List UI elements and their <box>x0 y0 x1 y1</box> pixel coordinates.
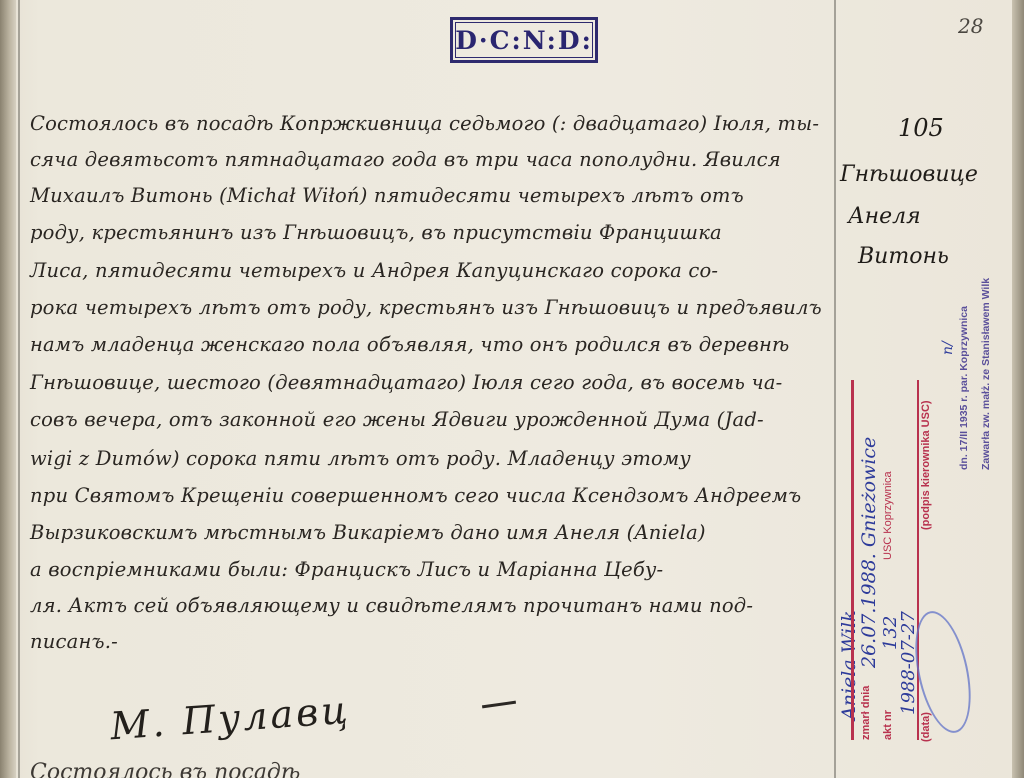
office-label: USC Koprzywnica <box>882 471 894 560</box>
body-line: Состоялось въ посадѣ Копржкивница седьмо… <box>30 112 819 135</box>
body-line: намъ младенца женскаго пола объявляя, чт… <box>30 333 789 356</box>
marriage-note-line3: n/ <box>940 341 956 355</box>
body-line: Михаилъ Витонь (Michał Wiłoń) пятидесяти… <box>30 184 744 207</box>
body-line: роду, крестьянинъ изъ Гнѣшовицъ, въ прис… <box>30 221 722 244</box>
died-date: 26.07.1988. Gnieżowice <box>858 437 880 668</box>
body-line: Гнѣшовице, шестого (девятнадцатаго) Іюля… <box>30 371 782 394</box>
marriage-note-line2: dn. 17/II 1935 r. par. Koprzywnica <box>958 306 970 470</box>
page-edge <box>1012 0 1024 778</box>
margin-village: Гнѣшовице <box>840 162 978 187</box>
act-label: akt nr <box>882 710 894 740</box>
margin-surname: Витонь <box>858 244 949 269</box>
marriage-note-line1: Zawarła zw. małż. ze Stanisławem Wilk <box>980 278 992 470</box>
body-line: Лиса, пятидесяти четырехъ и Андрея Капуц… <box>30 259 718 282</box>
red-stamp-line <box>851 380 854 740</box>
signature-label: (podpis kierownika USC) <box>920 400 932 530</box>
body-line: а воспріемниками были: Францискъ Лисъ и … <box>30 558 663 581</box>
left-margin-rule <box>18 0 20 778</box>
body-line: писанъ.- <box>30 630 118 653</box>
page-number: 28 <box>958 14 983 38</box>
body-line: при Святомъ Крещеніи совершенномъ сего ч… <box>30 484 801 507</box>
next-entry-fragment: Состоялось въ посадѣ <box>30 760 300 778</box>
body-line: совъ вечера, отъ законной его жены Ядвиг… <box>30 408 764 431</box>
book-binding <box>0 0 16 778</box>
body-line: Вырзиковскимъ мѣстнымъ Викаріемъ дано им… <box>30 521 706 544</box>
date-label: (data) <box>920 712 932 742</box>
body-line: сяча девятьсотъ пятнадцатаго года въ три… <box>30 148 781 171</box>
entry-number: 105 <box>898 114 944 142</box>
margin-given-name: Анеля <box>848 204 921 229</box>
body-line: wigi z Dumów) сорока пяти лѣтъ отъ роду.… <box>30 447 691 470</box>
archive-stamp: D·C:N:D: <box>450 17 598 63</box>
death-note-name: Aniela Wilk <box>838 610 860 720</box>
red-stamp-line <box>917 380 919 740</box>
died-label: zmarł dnia <box>860 686 872 740</box>
body-line: рока четырехъ лѣтъ отъ роду, крестьянъ и… <box>30 296 822 319</box>
body-line: ля. Актъ сей объявляющему и свидѣтелямъ … <box>30 594 753 617</box>
margin-divider-rule <box>834 0 836 778</box>
